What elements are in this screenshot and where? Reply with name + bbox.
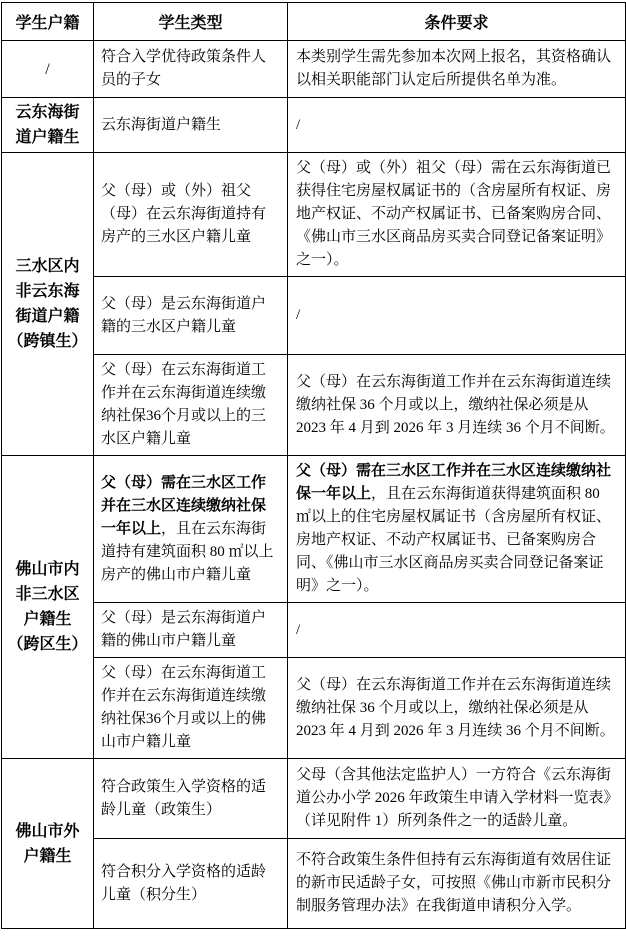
table-row: 三水区内 非云东海 街道户籍 （跨镇生） 父（母）或（外）祖父（母）在云东海街道… (2, 153, 626, 277)
cond-cell-r7: / (288, 603, 626, 658)
cond-cell-r10: 不符合政策生条件但持有云东海街道有效居住证的新市民适龄子女，可按照《佛山市新市民… (288, 839, 626, 929)
type-cell-r5: 父（母）在云东海街道工作并在云东海街道连续缴纳社保36个月或以上的三水区户籍儿童 (94, 355, 288, 456)
header-student-type: 学生类型 (94, 3, 288, 41)
type-cell-r3: 父（母）或（外）祖父（母）在云东海街道持有房产的三水区户籍儿童 (94, 153, 288, 277)
group-cell-outside-foshan: 佛山市外 户籍生 (2, 759, 94, 929)
header-condition-requirements: 条件要求 (288, 3, 626, 41)
cond-cell-r4: / (288, 277, 626, 355)
table-row: 佛山市外 户籍生 符合政策生入学资格的适龄儿童（政策生） 父母（含其他法定监护人… (2, 759, 626, 839)
table-row: 父（母）是云东海街道户籍的佛山市户籍儿童 / (2, 603, 626, 658)
type-cell-r1: 符合入学优待政策条件人员的子女 (94, 41, 288, 98)
header-row: 学生户籍 学生类型 条件要求 (2, 3, 626, 41)
cond-cell-r8: 父（母）在云东海街道工作并在云东海街道连续缴纳社保 36 个月或以上，缴纳社保必… (288, 658, 626, 759)
type-cell-r7: 父（母）是云东海街道户籍的佛山市户籍儿童 (94, 603, 288, 658)
type-cell-r9: 符合政策生入学资格的适龄儿童（政策生） (94, 759, 288, 839)
cond-cell-r9: 父母（含其他法定监护人）一方符合《云东海街道公办小学 2026 年政策生申请入学… (288, 759, 626, 839)
group-cell-slash: / (2, 41, 94, 98)
type-cell-r6: 父（母）需在三水区工作并在三水区连续缴纳社保一年以上，且在云东海街道持有建筑面积… (94, 456, 288, 603)
cond-cell-r3: 父（母）或（外）祖父（母）需在云东海街道已获得住宅房屋权属证书的（含房屋所有权证… (288, 153, 626, 277)
table-row: 父（母）在云东海街道工作并在云东海街道连续缴纳社保36个月或以上的佛山市户籍儿童… (2, 658, 626, 759)
group-cell-yundonghai-hukou: 云东海街 道户籍生 (2, 98, 94, 153)
document-page: 学生户籍 学生类型 条件要求 / 符合入学优待政策条件人员的子女 本类别学生需先… (0, 0, 626, 943)
enrollment-policy-table: 学生户籍 学生类型 条件要求 / 符合入学优待政策条件人员的子女 本类别学生需先… (1, 2, 626, 929)
type-cell-r10: 符合积分入学资格的适龄儿童（积分生） (94, 839, 288, 929)
type-cell-r8: 父（母）在云东海街道工作并在云东海街道连续缴纳社保36个月或以上的佛山市户籍儿童 (94, 658, 288, 759)
group-cell-sanshui-cross-town: 三水区内 非云东海 街道户籍 （跨镇生） (2, 153, 94, 456)
table-row: 父（母）在云东海街道工作并在云东海街道连续缴纳社保36个月或以上的三水区户籍儿童… (2, 355, 626, 456)
table-row: 符合积分入学资格的适龄儿童（积分生） 不符合政策生条件但持有云东海街道有效居住证… (2, 839, 626, 929)
cond-cell-r5: 父（母）在云东海街道工作并在云东海街道连续缴纳社保 36 个月或以上，缴纳社保必… (288, 355, 626, 456)
header-student-hukou: 学生户籍 (2, 3, 94, 41)
table-row: 云东海街 道户籍生 云东海街道户籍生 / (2, 98, 626, 153)
group-cell-foshan-cross-district: 佛山市内 非三水区 户籍生 （跨区生） (2, 456, 94, 759)
table-row: / 符合入学优待政策条件人员的子女 本类别学生需先参加本次网上报名，其资格确认以… (2, 41, 626, 98)
cond-cell-r6: 父（母）需在三水区工作并在三水区连续缴纳社保一年以上，且在云东海街道获得建筑面积… (288, 456, 626, 603)
table-row: 父（母）是云东海街道户籍的三水区户籍儿童 / (2, 277, 626, 355)
type-cell-r4: 父（母）是云东海街道户籍的三水区户籍儿童 (94, 277, 288, 355)
cond-cell-r1: 本类别学生需先参加本次网上报名，其资格确认以相关职能部门认定后所提供名单为准。 (288, 41, 626, 98)
table-row: 佛山市内 非三水区 户籍生 （跨区生） 父（母）需在三水区工作并在三水区连续缴纳… (2, 456, 626, 603)
cond-cell-r2: / (288, 98, 626, 153)
cond-cell-r6-rest-text: ，且在云东海街道获得建筑面积 80 ㎡以上的住宅房屋权属证书（含房屋所有权证、房… (296, 486, 611, 594)
type-cell-r2: 云东海街道户籍生 (94, 98, 288, 153)
